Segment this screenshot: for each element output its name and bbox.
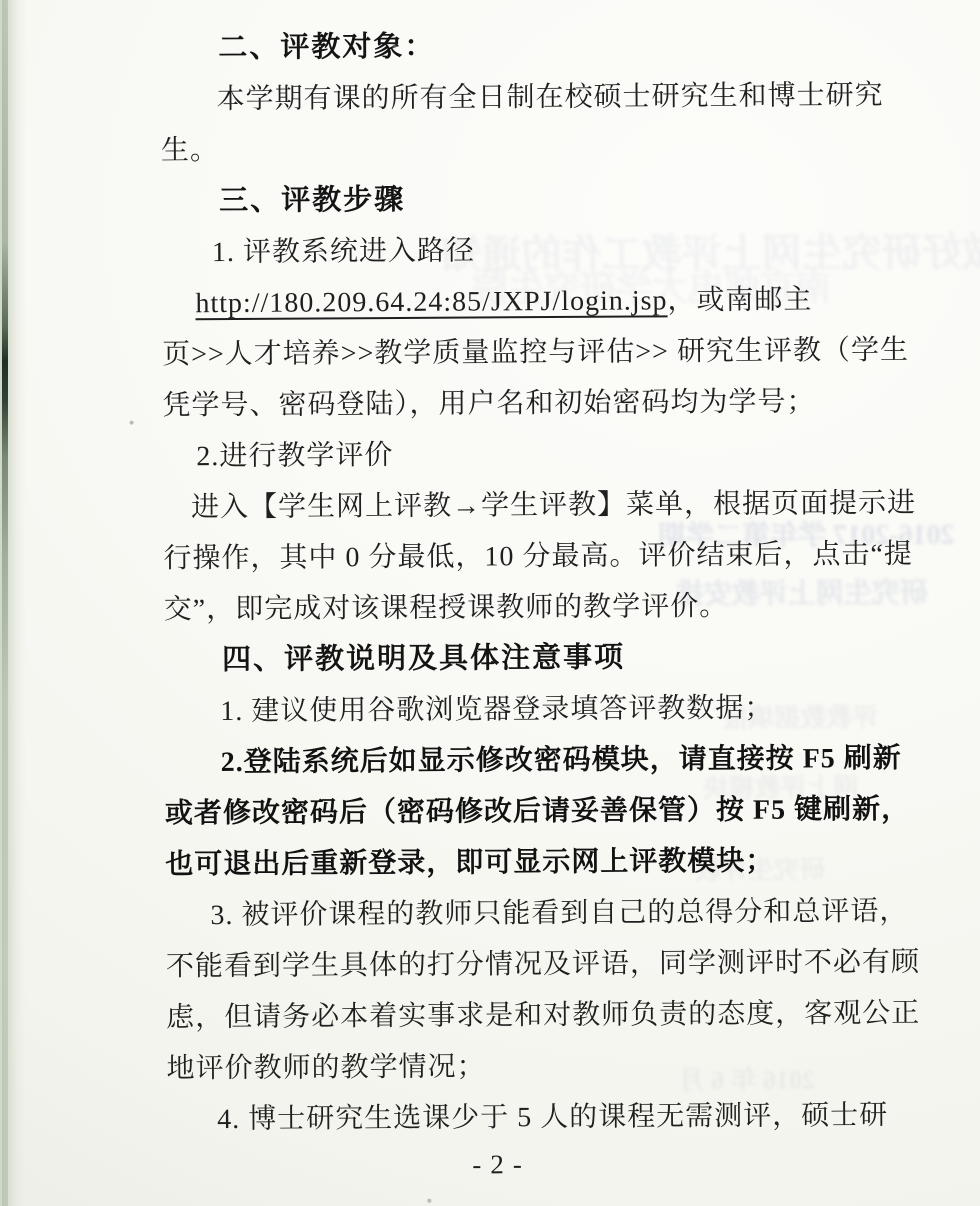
text-line: 本学期有课的所有全日制在校硕士研究生和博士研究 <box>160 70 920 126</box>
text-line: 2.登陆系统后如显示修改密码模块，请直接按 F5 刷新 <box>165 733 925 789</box>
scan-speck <box>427 1199 431 1203</box>
url-text: http://180.209.64.24:85/JXPJ/login.jsp <box>195 285 667 319</box>
text-line: http://180.209.64.24:85/JXPJ/login.jsp，或… <box>162 274 922 330</box>
text-line: 进入【学生网上评教→学生评教】菜单，根据页面提示进 <box>163 478 923 534</box>
text-line: 3. 被评价课程的教师只能看到自己的总得分和总评语， <box>165 886 925 942</box>
scan-speck <box>392 44 396 48</box>
text-line: 页>>人才培养>>教学质量监控与评估>> 研究生评教（学生 <box>162 325 922 381</box>
heading-line: 二、评教对象： <box>160 19 920 75</box>
text-line: 交”，即完成对该课程授课教师的教学评价。 <box>164 580 924 636</box>
text-line: 行操作，其中 0 分最低，10 分最高。评价结束后，点击“提 <box>163 529 923 585</box>
text-line: 凭学号、密码登陆），用户名和初始密码均为学号； <box>162 376 922 432</box>
page-number: -2- <box>7 1146 980 1188</box>
scan-speck <box>130 421 134 425</box>
text-line: 不能看到学生具体的打分情况及评语，同学测评时不必有顾 <box>166 937 926 993</box>
heading-line: 三、评教步骤 <box>161 172 921 228</box>
heading-line: 四、评教说明及具体注意事项 <box>164 631 924 687</box>
text-line: 1. 评教系统进入路径 <box>161 223 921 279</box>
text-line: 生。 <box>161 121 921 177</box>
text-line: 地评价教师的教学情况； <box>166 1039 926 1095</box>
scanned-page: 关于做好研究生网上评教工作的通知南京邮电大学研究生院2016-2017 学年第二… <box>0 0 980 1206</box>
text-line: 4. 博士研究生选课少于 5 人的课程无需测评，硕士研 <box>167 1090 927 1146</box>
document-sheet: 关于做好研究生网上评教工作的通知南京邮电大学研究生院2016-2017 学年第二… <box>0 0 980 1206</box>
text-line: 2.进行教学评价 <box>163 427 923 483</box>
text-line: 或者修改密码后（密码修改后请妥善保管）按 F5 键刷新， <box>165 784 925 840</box>
scan-speck-layer <box>0 0 980 2</box>
text-line: 1. 建议使用谷歌浏览器登录填答评教数据； <box>164 682 924 738</box>
text-line: 虑，但请务必本着实事求是和对教师负责的态度，客观公正 <box>166 988 926 1044</box>
text-line: 也可退出后重新登录，即可显示网上评教模块； <box>165 835 925 891</box>
url-line-rest: ，或南邮主 <box>667 284 812 316</box>
document-body: 二、评教对象：本学期有课的所有全日制在校硕士研究生和博士研究生。三、评教步骤1.… <box>160 19 927 1146</box>
